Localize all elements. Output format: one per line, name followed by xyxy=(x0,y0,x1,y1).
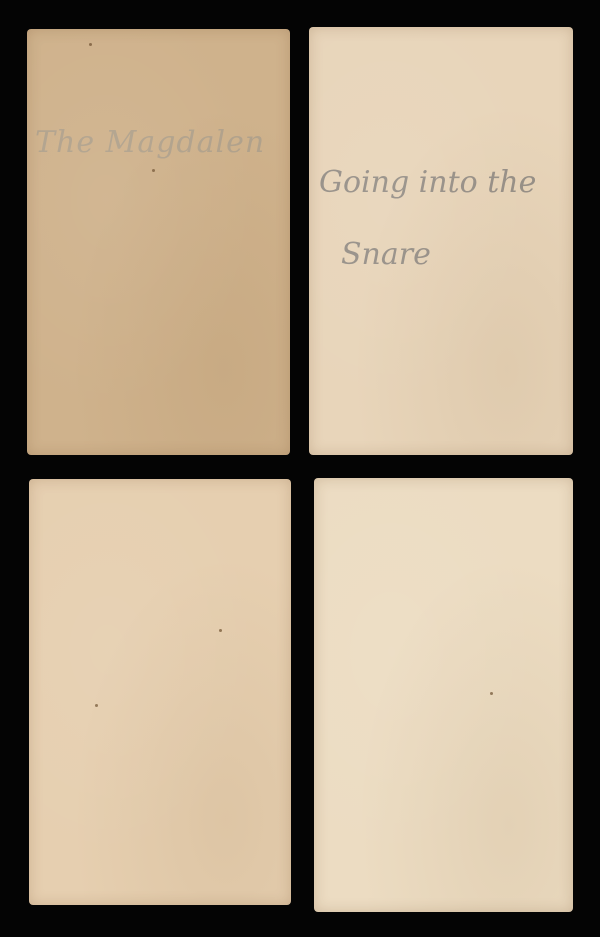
handwritten-inscription-line2: Snare xyxy=(341,237,431,272)
stain-spot xyxy=(152,169,155,172)
handwritten-inscription-line1: Going into the xyxy=(319,165,536,200)
card-bottom-right xyxy=(314,478,573,912)
stain-spot xyxy=(490,692,493,695)
handwritten-inscription: The Magdalen xyxy=(35,125,265,160)
stain-spot xyxy=(219,629,222,632)
stain-spot xyxy=(89,43,92,46)
card-top-left: The Magdalen xyxy=(27,29,290,455)
card-bottom-left xyxy=(29,479,291,905)
card-top-right: Going into the Snare xyxy=(309,27,573,455)
stain-spot xyxy=(95,704,98,707)
